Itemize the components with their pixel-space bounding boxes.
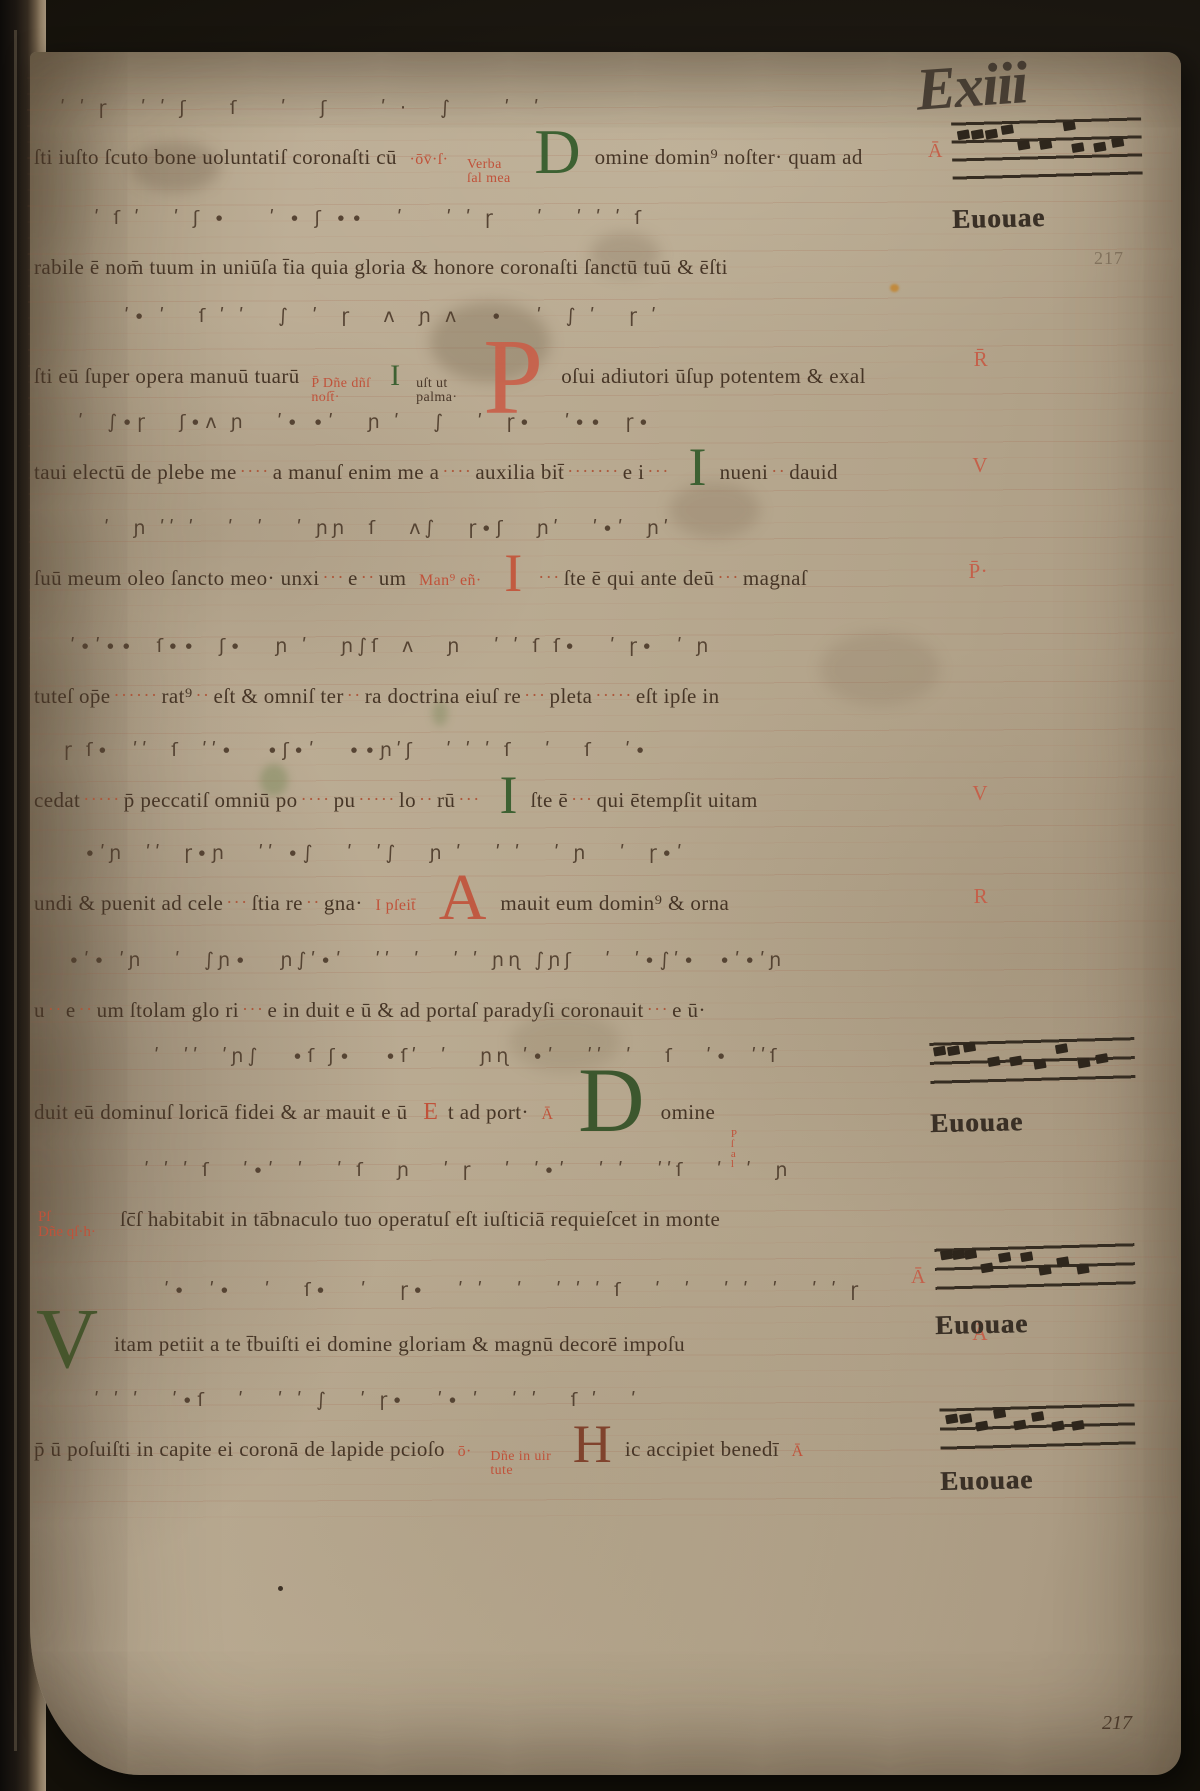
text-line: duit eū dominuſ loricā fidei & ar mauit … (34, 1088, 980, 1124)
red-leader: ··· (242, 999, 264, 1019)
lyric-text: p̄ ū poſuiſti in capite ei coronā de lap… (34, 1437, 445, 1461)
staff-notation (939, 1395, 1136, 1458)
lyric-text: nueni (720, 460, 769, 484)
neume-row: ʹ ʹʹ ʹɲ∫ ∙ſ ʃ∙ ∙ſʹ ʹ ɲɳ ʹ∙ʹ ʹʹ ʹ ſ ʹ∙ ʹʹ… (34, 1028, 980, 1088)
margin-letter: V (972, 776, 988, 810)
psalm-incipit: Dñe in uirtute (490, 1450, 551, 1477)
text-line: ſuū meum oleo ſancto meo· unxi···e··um M… (34, 560, 980, 596)
chant-system: ʹ∙ʹ∙∙ ſ∙∙ ʃ∙ ɲ ʹ ɲ∫ſ ʌ ɲ ʹ ʹ ſ ſ∙ ʹ ɼ∙ ʹ… (34, 618, 980, 714)
lyric-text: pu (334, 788, 356, 812)
staff-notation (934, 1235, 1136, 1303)
chant-system: ʹ ʹ ʹ ʹ∙ſ ʹ ʹ ʹ ∫ ʹ ɼ∙ ʹ∙ ʹ ʹ ʹ ſ ʹ ʹ p̄… (34, 1372, 980, 1468)
lyric-text: eſt & omniſ ter (214, 684, 344, 708)
neume-note (1033, 1059, 1046, 1070)
neume-note (1038, 1265, 1051, 1276)
parchment-page: Exiii 217 217 ʹ ʹ ɼ ʹ ʹ ʃ ſ ʹ ʃ ʹ · ∫ ʹ … (30, 52, 1181, 1775)
neume-row: ʹ ſ ʹ ʹ ʃ ∙ ʹ ∙ ʃ ∙∙ ʹ ʹ ʹ ɼ ʹ ʹ ʹ ʹ ſ (34, 190, 980, 250)
staff-notation (929, 1029, 1136, 1101)
neume-note (975, 1421, 988, 1432)
red-leader: ······ (114, 685, 159, 705)
lyric-text: oſui adiutori ūſup potentem & exal (561, 364, 866, 388)
lyric-text: e (348, 566, 358, 590)
neume-note (993, 1408, 1006, 1419)
lyric-text: taui electū de plebe me (34, 460, 237, 484)
euouae-label: Euouae (935, 1306, 1136, 1341)
margin-stave-block: Euouae (930, 1032, 1135, 1137)
neume-note (933, 1046, 946, 1057)
neume-note (980, 1262, 993, 1273)
neume-note (1013, 1420, 1026, 1431)
rubric: I pſeit̄ (375, 897, 416, 914)
lyric-text: itam petiit a te t̄buiſti ei domine glor… (114, 1332, 685, 1356)
neume-note (1055, 1043, 1068, 1054)
neume-note (1009, 1056, 1022, 1067)
neume-note (985, 129, 998, 140)
red-leader: ··· (524, 685, 546, 705)
red-leader: ·· (79, 999, 94, 1019)
neume-note (1051, 1420, 1064, 1431)
lyric-text: t ad port· (448, 1100, 529, 1124)
text-line: undi & puenit ad cele···ſtia re··gna· I … (34, 885, 980, 921)
neume-row: ʹ∙ ʹ∙ ʹ ſ∙ ʹ ɼ∙ ʹ ʹ ʹ ʹ ʹ ʹ ſ ʹ ʹ ʹ ʹ ʹ … (34, 1262, 980, 1322)
red-leader: ·· (361, 567, 376, 587)
ink-dot (278, 1586, 283, 1591)
chant-system: ʹ ʹʹ ʹɲ∫ ∙ſ ʃ∙ ∙ſʹ ʹ ɲɳ ʹ∙ʹ ʹʹ ʹ ſ ʹ∙ ʹʹ… (34, 1028, 980, 1124)
lyric-text: cedat (34, 788, 80, 812)
red-leader: ··· (647, 461, 669, 481)
neume-note (1031, 1411, 1044, 1422)
manuscript-photo: Exiii 217 217 ʹ ʹ ɼ ʹ ʹ ʃ ſ ʹ ʃ ʹ · ∫ ʹ … (0, 0, 1200, 1791)
chant-system: ɼ ſ∙ ʹʹ ſ ʹʹ∙ ∙ʃ∙ʹ ∙∙ɲʹʃ ʹ ʹ ʹ ſ ʹ ſ ʹ∙ … (34, 722, 980, 818)
antiphon-mark: Ā (928, 140, 942, 163)
lyric-text: lo (399, 788, 416, 812)
lyric-text: tuteſ op̄e (34, 684, 111, 708)
neume-note (987, 1056, 1000, 1067)
antiphon-mark: Ā (792, 1443, 804, 1460)
lyric-text: ic accipiet benedī (625, 1437, 779, 1461)
neume-note (1076, 1264, 1089, 1275)
lyric-text: omine domin⁹ noſter· quam ad (595, 145, 863, 169)
red-leader: ···· (442, 461, 472, 481)
rubric-line: Dñe qſ·h· (38, 1225, 96, 1240)
lyric-text: omine (661, 1100, 716, 1124)
neume-note (1063, 120, 1076, 131)
neume-note (963, 1042, 976, 1053)
margin-letter: P̄· (969, 554, 988, 588)
red-leader: ·· (196, 685, 211, 705)
neume-note (1095, 1053, 1108, 1064)
red-leader: ··· (538, 567, 560, 587)
ink-page-number: 217 (1102, 1712, 1132, 1735)
rubric-line: Verba (467, 158, 502, 172)
antiphon-mark: Ā (911, 1266, 925, 1289)
pencil-page-number: 217 (1094, 248, 1124, 269)
neume-note (1001, 124, 1014, 135)
chant-system: ʹ ʹ ɼ ʹ ʹ ʃ ſ ʹ ʃ ʹ · ∫ ʹ ʹ ſti iuſto ſc… (34, 80, 980, 176)
lyric-text: pleta (550, 684, 593, 708)
neume-note (1056, 1256, 1069, 1267)
red-leader: ·· (347, 685, 362, 705)
psalm-incipit: Pſ Dñe qſ·h· (38, 1210, 96, 1240)
chant-system: ∙ʹ∙ ʹɲ ʹ ∫ɲ∙ ɲ∫ʹ∙ʹ ʹʹ ʹ ʹ ʹ ɲɳ ∫ɲʃ ʹ ʹ∙∫… (34, 932, 980, 1028)
red-leader: ··· (647, 999, 669, 1019)
neume-row: ʹ∙ʹ∙∙ ſ∙∙ ʃ∙ ɲ ʹ ɲ∫ſ ʌ ɲ ʹ ʹ ſ ſ∙ ʹ ɼ∙ ʹ… (34, 618, 980, 678)
red-leader: ··· (571, 789, 593, 809)
lyric-text: eſt ipſe in (636, 684, 720, 708)
chant-system: ʹ ʹ ʹ ſ ʹ∙ʹ ʹ ʹ ſ ɲ ʹ ɼ ʹ ʹ∙ʹ ʹ ʹ ʹʹſ ʹ … (34, 1142, 980, 1238)
neume-row: ∙ʹɲ ʹʹ ɼ∙ɲ ʹʹ ∙∫ ʹ ʹ∫ ɲ ʹ ʹ ʹ ʹ ɲ ʹ ɼ∙ʹ (34, 825, 980, 885)
red-leader: ··· (458, 789, 480, 809)
text-line: ſc̄ſ habitabit in tābnaculo tuo operatuſ… (34, 1202, 980, 1238)
lyric-text: ra doctrina eiuſ re (365, 684, 521, 708)
lyric-text: ſtia re (252, 891, 303, 915)
lyric-text: rabile ē nom̄ tuum in uniūſa t̄ia quia g… (34, 255, 728, 279)
lyric-text: duit eū dominuſ loricā fidei & ar mauit … (34, 1100, 408, 1124)
margin-letter: V (972, 448, 988, 482)
neume-note (1093, 142, 1106, 153)
margin-stave-block: Ā Euouae (935, 1238, 1135, 1339)
neume-note (1077, 1058, 1090, 1069)
neume-note (1020, 1251, 1033, 1262)
red-leader: ··· (323, 567, 345, 587)
lyric-text: rat⁹ (161, 684, 192, 708)
neume-note (1111, 137, 1124, 148)
lyric-text: um ſtolam glo ri (97, 998, 239, 1022)
chant-system: ʹ∙ ʹ ſ ʹ ʹ ∫ ʹ ɼ ʌ ɲ ʌ ∙ ʹ ∫ ʹ ɼ ʹ ſti e… (34, 288, 980, 384)
text-line: tuteſ op̄e······rat⁹··eſt & omniſ ter··r… (34, 678, 980, 714)
lyric-text: rū (437, 788, 455, 812)
euouae-label: Euouae (952, 200, 1143, 235)
rubric: Man⁹ eñ· (419, 572, 482, 589)
euouae-label: Euouae (930, 1104, 1136, 1139)
text-line: ſti eū ſuper opera manuū tuarū P̄ Dñe dñ… (34, 348, 980, 384)
neume-row: ʹ ʹ ʹ ſ ʹ∙ʹ ʹ ʹ ſ ɲ ʹ ɼ ʹ ʹ∙ʹ ʹ ʹ ʹʹſ ʹ … (34, 1142, 980, 1202)
neume-note (1039, 139, 1052, 150)
red-leader: ··· (226, 892, 248, 912)
lyric-text: ſte ē qui ante deū (564, 566, 715, 590)
red-leader: ··· (717, 567, 739, 587)
red-leader: ···· (240, 461, 270, 481)
red-leader: ····· (358, 789, 395, 809)
text-line: ſti iuſto ſcuto bone uoluntatiſ coronaſt… (34, 140, 980, 176)
lyric-text: a manuſ enim me a (273, 460, 440, 484)
lyric-text: ſti eū ſuper opera manuū tuarū (34, 364, 300, 388)
red-leader: ····· (595, 685, 632, 705)
lyric-text: ſte ē (531, 788, 569, 812)
margin-letter: R (974, 879, 988, 913)
lyric-text: ſti iuſto ſcuto bone uoluntatiſ coronaſt… (34, 145, 397, 169)
lyric-text: auxilia bit̄ (475, 460, 564, 484)
neume-row: ʹ ʹ ʹ ʹ∙ſ ʹ ʹ ʹ ∫ ʹ ɼ∙ ʹ∙ ʹ ʹ ʹ ſ ʹ ʹ (34, 1372, 980, 1432)
text-line: p̄ ū poſuiſti in capite ei coronā de lap… (34, 1432, 980, 1468)
lyric-text: e ū· (672, 998, 706, 1022)
lyric-text: mauit eum domin⁹ & orna (500, 891, 729, 915)
margin-stave-block: Euouae (940, 1398, 1135, 1495)
rubric-line: Pſ (38, 1210, 96, 1225)
lyric-text: ſc̄ſ habitabit in tābnaculo tuo operatuſ… (120, 1207, 720, 1231)
red-leader: ·· (771, 461, 786, 481)
rubric: ō· (458, 1443, 472, 1460)
lyric-text: dauid (789, 460, 838, 484)
euouae-label: Euouae (940, 1462, 1136, 1497)
text-line: taui electū de plebe me····a manuſ enim … (34, 454, 980, 490)
neume-note (971, 129, 984, 140)
margin-stave-block: Ā Euouae (952, 112, 1142, 233)
chant-system: ʹ ſ ʹ ʹ ʃ ∙ ʹ ∙ ʃ ∙∙ ʹ ʹ ʹ ɼ ʹ ʹ ʹ ʹ ſ r… (34, 190, 980, 286)
neume-note (945, 1413, 958, 1424)
chant-system: ʹ∙ ʹ∙ ʹ ſ∙ ʹ ɼ∙ ʹ ʹ ʹ ʹ ʹ ʹ ſ ʹ ʹ ʹ ʹ ʹ … (34, 1262, 980, 1358)
page-edge-line (14, 30, 17, 1751)
neume-note (947, 1045, 960, 1056)
neume-row: ʹ ∫∙ɼ ʃ∙ʌ ɲ ʹ∙ ∙ʹ ɲ ʹ ∫ ʹ ɼ∙ ʹ∙∙ ɼ∙ (34, 394, 980, 454)
chant-system: ʹ ɲ ʹʹ ʹ ʹ ʹ ʹ ɲɲ ſ ʌ∫ ɼ∙ʃ ɲʹ ʹ∙ʹ ɲʹ ſuū… (34, 500, 980, 596)
lyric-text: e i (623, 460, 645, 484)
lyric-text: p̄ peccatiſ omniū po (124, 788, 298, 812)
lyric-text: um (379, 566, 407, 590)
red-leader: ······· (567, 461, 619, 481)
lyric-text: ſuū meum oleo ſancto meo· unxi (34, 566, 320, 590)
neume-note (964, 1249, 977, 1260)
neume-note (998, 1252, 1011, 1263)
chant-system: ∙ʹɲ ʹʹ ɼ∙ɲ ʹʹ ∙∫ ʹ ʹ∫ ɲ ʹ ʹ ʹ ʹ ɲ ʹ ɼ∙ʹ … (34, 825, 980, 921)
rubric: ·ōv̄·ſ· (410, 151, 449, 168)
lyric-text: gna· (324, 891, 363, 915)
lyric-text: u (34, 998, 45, 1022)
text-line: V itam petiit a te t̄buiſti ei domine gl… (34, 1322, 980, 1358)
neume-row: ∙ʹ∙ ʹɲ ʹ ∫ɲ∙ ɲ∫ʹ∙ʹ ʹʹ ʹ ʹ ʹ ɲɳ ∫ɲʃ ʹ ʹ∙∫… (34, 932, 980, 992)
neume-note (959, 1413, 972, 1424)
neume-note (957, 129, 970, 140)
margin-letter: R̄ (974, 342, 988, 376)
lyric-text: qui ētempſit uitam (597, 788, 758, 812)
staff-notation (951, 109, 1143, 196)
lyric-text: magnaſ (743, 566, 807, 590)
red-leader: ···· (301, 789, 331, 809)
lyric-text: e (66, 998, 76, 1022)
text-line: u··e··um ſtolam glo ri···e in duit e ū &… (34, 992, 980, 1028)
rubric-line: tute (490, 1464, 513, 1478)
antiphon-mark: Ā (542, 1106, 554, 1123)
psalm-incipit: Verbaſal mea (467, 158, 511, 185)
neume-note (1071, 1420, 1084, 1431)
chant-system: ʹ ∫∙ɼ ʃ∙ʌ ɲ ʹ∙ ∙ʹ ɲ ʹ ∫ ʹ ɼ∙ ʹ∙∙ ɼ∙ taui… (34, 394, 980, 490)
lyric-text: undi & puenit ad cele (34, 891, 223, 915)
rubric-line: Dñe in uir (490, 1450, 551, 1464)
neume-row: ʹ ʹ ɼ ʹ ʹ ʃ ſ ʹ ʃ ʹ · ∫ ʹ ʹ (34, 80, 980, 140)
neume-note (1071, 142, 1084, 153)
rubric-line: P̄ Dñe dñſ (311, 377, 370, 391)
text-line: cedat·····p̄ peccatiſ omniū po····pu····… (34, 782, 980, 818)
neume-note (1017, 140, 1030, 151)
red-leader: ·· (419, 789, 434, 809)
red-leader: ·· (48, 999, 63, 1019)
red-leader: ·· (306, 892, 321, 912)
rubric-line: ſal mea (467, 172, 511, 186)
red-leader: ····· (83, 789, 120, 809)
lyric-text: e in duit e ū & ad portaſ paradyſi coron… (267, 998, 643, 1022)
incipit-line: uſt ut (416, 377, 448, 391)
